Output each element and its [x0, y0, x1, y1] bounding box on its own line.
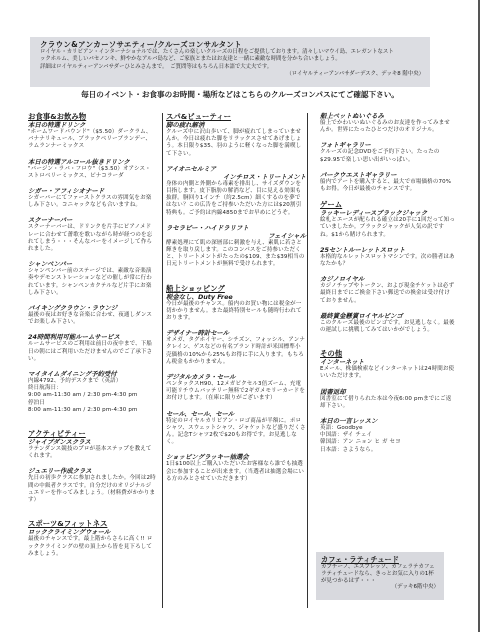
list-item: ラッキーレディースブラックジャック 絵札とエースが配られる確立は20手に1回だっ…: [320, 209, 455, 239]
item-body: ペンタックスH90、12メガピクセル3倍ズーム、充電可能リチウムバッテリー無料で…: [166, 381, 306, 403]
banner-line: 詳細はロイヤルティーアンバサダーひとみさんまで。 ご質問等はもちろん日本語で大丈…: [40, 64, 424, 71]
item-subtitle: インチロス・トリートメント: [166, 173, 306, 181]
item-title: 本日の特選ドリンク: [28, 121, 156, 129]
item-body: 終日航海日：: [28, 385, 156, 392]
list-item: 脚の疲れ解消 クルーズ中に沢山歩いて、脚が疲れてしまっていませんか。今日は疲れた…: [166, 121, 306, 158]
item-title: 25セントルーレットスロット: [320, 246, 455, 254]
item-body: 今日が最後のチャンス。船内のお買い物には税金が一切かかりません。また最終特別セー…: [166, 301, 306, 323]
item-title: デジタルカメラ・セール: [166, 373, 306, 381]
cafe-note: （デッキ6階中央）: [321, 584, 439, 591]
item-body: カジノチップやトークン、および現金チケットは必ず最終日までにご換金下さい郵送での…: [320, 283, 455, 305]
item-title: 本日の一言レッスン: [320, 417, 455, 425]
item-body: スクーナーバーは、ドリンクを片手にピアノメドレーに合わせて薔歌を歌いながら時が経…: [28, 224, 156, 253]
item-body: クルーズの記念DVDをご予約下さい。たったの$29.95で楽しい思い出がいっぱい…: [320, 149, 455, 163]
list-item: フォトギャラリー クルーズの記念DVDをご予約下さい。たったの$29.95で楽し…: [320, 141, 455, 163]
item-body: 酵素処理にて肌の深層部に刺激を与え、素肌に若さと輝きを取り戻します。このコンパス…: [166, 240, 306, 269]
tagline: 毎日のイベント・お食事のお時間・場所などはこちらのクルーズコンパスにてご確認下さ…: [0, 90, 480, 100]
list-item: マイタイムダイニング予約受付 内線4792、予約デスクまで（英語） 終日航海日：…: [28, 370, 156, 414]
banner-line: ックホルム、美しいバセノンキ、鮮やかなアルバ島など、ご家族とまたはお友達と一緒に…: [40, 56, 424, 63]
item-body: オメガ、タグホイヤー、シチズン、フォッシル、アンナクレイン、ゲスなどの有名ブラン…: [166, 337, 306, 366]
list-item: デザイナー時計セール オメガ、タグホイヤー、シチズン、フォッシル、アンナクレイン…: [166, 329, 306, 366]
item-body: 最後のチャンスです。最上階からさらに高く!! ロッククライミングの壁の頂上から皆…: [28, 536, 156, 558]
list-item: 図書返却 図書室にて借りられた本は今夜6:00 pmまでにご返却下さい。: [320, 388, 455, 410]
item-title: 船上ペットぬいぐるみ: [320, 112, 455, 120]
item-body: Eメール、株価検索などインターネットは24時間お使いいただけます。: [320, 366, 455, 380]
item-title: ジャイブダンスクラス: [28, 438, 156, 446]
list-item: ロッククライミングウォール 最後のチャンスです。最上階からさらに高く!! ロック…: [28, 528, 156, 558]
item-title: パークウエストギャラリー: [320, 171, 455, 179]
item-body: "バージン・ラバ・フロウ"（$3.50）オアシス・ストロベリーミックス、ピナコラ…: [28, 166, 156, 180]
item-body: シガーバーにてファーストクラスの雰囲気をお楽しみ下さい。コニャックなども合います…: [28, 195, 156, 209]
section-title-onboard-shopping: 船上ショッピング: [166, 284, 306, 293]
item-body: 船内でアートを購入すると、最大で市場価格の70%もお得。今日が最後のチャンスです…: [320, 179, 455, 193]
column-divider: [307, 113, 308, 608]
item-body: 停泊日: [28, 400, 156, 407]
item-body: シャンペンバー前のステージでは、素敵な音楽演奏やデモンストレーションなどの催しが…: [28, 268, 156, 297]
item-body: 8:00 am-11:30 am / 2:30 pm-4:30 pm: [28, 407, 156, 414]
list-item: ラセラピー・ハイドラリフト フェイシャル 酵素処理にて肌の深層部に刺激を与え、素…: [166, 224, 306, 269]
item-subtitle: フェイシャル: [166, 232, 306, 240]
list-item: ジュエリー作成クラス 先日の初歩クラスに参加されましたか。今回は2時間の中級者ク…: [28, 467, 156, 504]
section-title-games: ゲーム: [320, 200, 455, 209]
section-title-activities: アクティビティー: [28, 429, 156, 438]
item-title: バイキングクラウン・ラウンジ: [28, 304, 156, 312]
cafe-title: カフェ・ラティチュード: [321, 555, 439, 564]
list-item: パークウエストギャラリー 船内でアートを購入すると、最大で市場価格の70%もお得…: [320, 171, 455, 193]
item-body: "ホームワードバウンド"（$5.50）ダークラム、バナナリキュール、ブラックベリ…: [28, 129, 156, 151]
item-body: このクルーズ最後のビンゴです。お見逃しなく。最後の運試しに挑戦してみてはいかがで…: [320, 320, 455, 334]
list-item: シャンペンバー シャンペンバー前のステージでは、素敵な音楽演奏やデモンストレーシ…: [28, 260, 156, 297]
list-item: インターネット Eメール、株価検索などインターネットは24時間お使いいただけます…: [320, 358, 455, 380]
list-item: 本日の特選アルコール抜きドリンク "バージン・ラバ・フロウ"（$3.50）オアシ…: [28, 158, 156, 180]
column-1: お食事&お飲み物 本日の特選ドリンク "ホームワードバウンド"（$5.50）ダー…: [28, 112, 156, 565]
list-item: 税金なし、Duty Free 今日が最後のチャンス。船内のお買い物には税金が一切…: [166, 293, 306, 323]
item-body: 先日の初歩クラスに参加されましたか。今回は2時間の中級者クラスです。自分だけのオ…: [28, 475, 156, 504]
item-body: 絵札とエースが配られる確立は20手に1回だって知っていましたか。ブラックジャック…: [320, 217, 455, 239]
item-title: マイタイムダイニング予約受付: [28, 370, 156, 378]
item-title: 本日の特選アルコール抜きドリンク: [28, 158, 156, 166]
item-body: 1日$100以上ご購入いただいたお客様なら誰でも抽選会に参加することが出来ます。…: [166, 461, 306, 483]
list-item: スクーナーバー スクーナーバーは、ドリンクを片手にピアノメドレーに合わせて薔歌を…: [28, 216, 156, 253]
item-body: 韓国語：アン ニョン ヒ ガ セヨ: [320, 439, 455, 446]
list-item: カジノロイヤル カジノチップやトークン、および現金チケットは必ず最終日までにご換…: [320, 275, 455, 305]
item-body: 日本語：さようなら。: [320, 447, 455, 454]
crown-anchor-banner: クラウン&アンカーソサエティー/クルーズコンサルタント ロイヤル・カリビアン・イ…: [30, 37, 430, 87]
item-body: 図書室にて借りられた本は今夜6:00 pmまでにご返却下さい。: [320, 396, 455, 410]
item-body: 身体の内側と外側から毒素を排出し、サイズダウンを目指します。皮下脂肪の解消など、…: [166, 181, 306, 217]
cafe-body: カプチーノ、エスプレッソ、カフェラテカフェラティチュードなら、きっとお気に入りの…: [321, 564, 439, 584]
banner-title: クラウン&アンカーソサエティー/クルーズコンサルタント: [40, 40, 424, 49]
list-item: 船上ペットぬいぐるみ 船上でかわいいぬいぐるみのお友達を作ってみませんか。世界に…: [320, 112, 455, 134]
column-2: スパ&ビューティー 脚の疲れ解消 クルーズ中に沢山歩いて、脚が疲れてしまっていま…: [166, 112, 306, 490]
cafe-latitude-box: カフェ・ラティチュード カプチーノ、エスプレッソ、カフェラテカフェラティチュード…: [316, 552, 444, 600]
item-body: 9:00 am-11:30 am / 2:30 pm-4:30 pm: [28, 392, 156, 399]
item-body: 最後の夜はお好きな音楽に合わせ、夜通しダンスでお楽しみ下さい。: [28, 312, 156, 326]
item-body: ルームサービスのご利用は前日の夜中まで、下船日の朝にはご利用いただけませんのでご…: [28, 341, 156, 363]
list-item: 25セントルーレットスロット 本格的なルレットスロットマシンです。次の勝者はあな…: [320, 246, 455, 268]
item-title: 図書返却: [320, 388, 455, 396]
item-body: 本格的なルレットスロットマシンです。次の勝者はあなたかも？: [320, 254, 455, 268]
list-item: ジャイブダンスクラス ラテンダンス競技のプロが基本ステップを教えてくれます。: [28, 438, 156, 460]
item-body: クルーズ中に沢山歩いて、脚が疲れてしまっていませんか。今日は疲れた脚をリラックス…: [166, 129, 306, 158]
list-item: 本日の一言レッスン 英語：Goodbye 中国語：ザイ チェイ 韓国語：アン ニ…: [320, 417, 455, 454]
column-divider: [162, 113, 163, 608]
list-item: 24時間利用可能ルームサービス ルームサービスのご利用は前日の夜中まで、下船日の…: [28, 333, 156, 363]
item-title: アイオニセルミア: [166, 165, 306, 173]
list-item: アイオニセルミア インチロス・トリートメント 身体の内側と外側から毒素を排出し、…: [166, 165, 306, 217]
list-item: 最終賞金懸賞ロイヤルビンゴ このクルーズ最後のビンゴです。お見逃しなく。最後の運…: [320, 312, 455, 334]
item-body: 特定のロイヤルカリビアン・ロゴ商品が半額に。ポロシャツ、スウェットシャツ、ジャケ…: [166, 418, 306, 447]
list-item: バイキングクラウン・ラウンジ 最後の夜はお好きな音楽に合わせ、夜通しダンスでお楽…: [28, 304, 156, 326]
banner-note: （ロイヤルティーアンバサダーデスク、デッキ8 階中央）: [40, 71, 424, 78]
item-title: ラセラピー・ハイドラリフト: [166, 224, 306, 232]
item-title: シガー・アフィシオナード: [28, 187, 156, 195]
section-title-food-drink: お食事&お飲み物: [28, 112, 156, 121]
list-item: デジタルカメラ・セール ペンタックスH90、12メガピクセル3倍ズーム、充電可能…: [166, 373, 306, 403]
item-body: 船上でかわいいぬいぐるみのお友達を作ってみませんか。世界にたったひとつだけのオリ…: [320, 120, 455, 134]
item-title: 税金なし、Duty Free: [166, 293, 306, 301]
list-item: セール、セール、セール 特定のロイヤルカリビアン・ロゴ商品が半額に。ポロシャツ、…: [166, 410, 306, 447]
list-item: ショッピングラッキー抽選会 1日$100以上ご購入いただいたお客様なら誰でも抽選…: [166, 453, 306, 483]
item-title: 最終賞金懸賞ロイヤルビンゴ: [320, 312, 455, 320]
item-title: 脚の疲れ解消: [166, 121, 306, 129]
section-title-spa-beauty: スパ&ビューティー: [166, 112, 306, 121]
list-item: シガー・アフィシオナード シガーバーにてファーストクラスの雰囲気をお楽しみ下さい…: [28, 187, 156, 209]
item-body: ラテンダンス競技のプロが基本ステップを教えてくれます。: [28, 446, 156, 460]
list-item: 本日の特選ドリンク "ホームワードバウンド"（$5.50）ダークラム、バナナリキ…: [28, 121, 156, 151]
column-3: 船上ペットぬいぐるみ 船上でかわいいぬいぐるみのお友達を作ってみませんか。世界に…: [320, 112, 455, 461]
section-title-other: その他: [320, 349, 455, 358]
section-title-sports-fitness: スポーツ&フィットネス: [28, 519, 156, 528]
item-title: セール、セール、セール: [166, 410, 306, 418]
